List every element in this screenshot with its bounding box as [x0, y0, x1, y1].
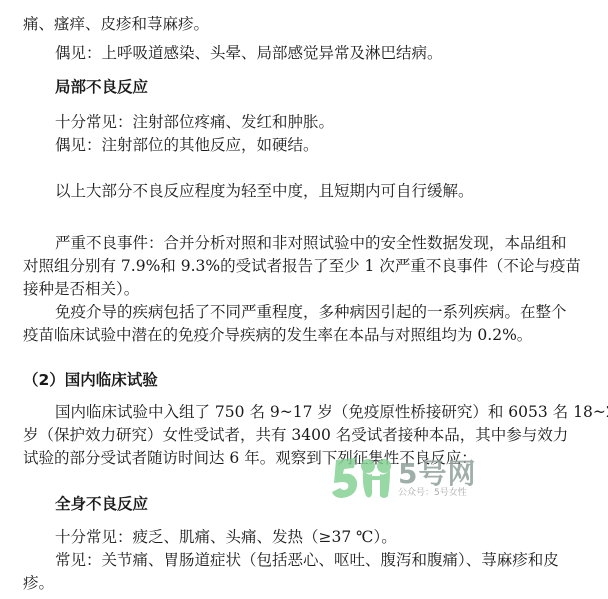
watermark-subtitle: 公众号：5号女性: [398, 485, 467, 498]
body-text: 常见：关节痛、胃肠道症状（包括恶心、呕吐、腹泻和腹痛）、荨麻疹和皮: [55, 550, 559, 570]
watermark: 5号网 公众号：5号女性: [330, 452, 490, 502]
body-text: 国内临床试验中入组了 750 名 9~17 岁（免疫原性桥接研究）和 6053 …: [55, 402, 608, 422]
body-text: 接种是否相关）。: [23, 279, 139, 299]
body-text: 对照组分别有 7.9%和 9.3%的受试者报告了至少 1 次严重不良事件（不论与…: [23, 256, 581, 276]
section-heading-local-reactions: 局部不良反应: [55, 77, 148, 97]
section-heading-domestic-trials: （2）国内临床试验: [23, 370, 158, 390]
watermark-logo-icon: [330, 452, 394, 502]
body-text: 偶见：上呼吸道感染、头晕、局部感觉异常及淋巴结病。: [55, 43, 443, 63]
body-text: 痛、瘙痒、皮疹和荨麻疹。: [23, 14, 209, 34]
body-text: 疫苗临床试验中潜在的免疫介导疾病的发生率在本品与对照组均为 0.2%。: [23, 325, 532, 345]
body-text: 十分常见：注射部位疼痛、发红和肿胀。: [55, 112, 334, 132]
body-text: 岁（保护效力研究）女性受试者，共有 3400 名受试者接种本品，其中参与效力: [23, 425, 568, 445]
body-text: 严重不良事件：合并分析对照和非对照试验中的安全性数据发现，本品组和: [55, 233, 567, 253]
body-text: 疹。: [23, 573, 54, 593]
body-text: 十分常见：疲乏、肌痛、头痛、发热（≥37 ℃）。: [55, 527, 397, 547]
section-heading-systemic-reactions: 全身不良反应: [55, 494, 148, 514]
body-text: 免疫介导的疾病包括了不同严重程度，多种病因引起的一系列疾病。在整个: [55, 302, 567, 322]
body-text: 以上大部分不良反应程度为轻至中度，且短期内可自行缓解。: [55, 181, 474, 201]
body-text: 偶见：注射部位的其他反应，如硬结。: [55, 135, 319, 155]
